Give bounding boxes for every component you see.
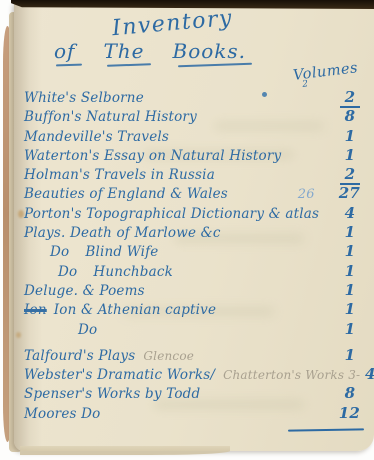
inventory-row: White's Selborne 2 bbox=[24, 88, 368, 107]
inventory-row: Webster's Dramatic Works/ Chatterton's W… bbox=[24, 365, 368, 384]
inventory-row: Mandeville's Travels 1 bbox=[24, 127, 368, 146]
title-word-books: Books. bbox=[173, 39, 247, 63]
inventory-row: Deluge. & Poems 1 bbox=[24, 281, 368, 300]
row-pencil-note: Glencoe bbox=[143, 349, 194, 363]
row-title: Talfourd's Plays bbox=[24, 348, 135, 364]
row-volumes: 8 bbox=[340, 107, 360, 125]
inventory-row: Waterton's Essay on Natural History 1 bbox=[24, 146, 368, 165]
inventory-row: Do 1 bbox=[24, 320, 368, 339]
row-extra-number: 26 bbox=[298, 187, 315, 202]
row-title: Beauties of England & Wales bbox=[24, 186, 228, 202]
row-title: Waterton's Essay on Natural History bbox=[24, 148, 281, 164]
row-pencil-note: Chatterton's Works 3- bbox=[223, 368, 360, 382]
row-volumes: 2 bbox=[340, 165, 360, 185]
inventory-list: White's Selborne 2 Buffon's Natural Hist… bbox=[24, 88, 368, 423]
inventory-row: Plays. Death of Marlowe &c 1 bbox=[24, 223, 368, 242]
notebook-page-scan: Inventory of The Books. Volumes 2 White'… bbox=[0, 0, 374, 460]
inventory-row: Do Hunchback 1 bbox=[24, 262, 368, 281]
row-volumes: 1 bbox=[340, 346, 360, 364]
row-title: Plays. Death of Marlowe &c bbox=[24, 225, 221, 241]
row-title: Ion & Athenian captive bbox=[54, 302, 216, 318]
inventory-row: Do Blind Wife 1 bbox=[24, 242, 368, 261]
row-volumes: 4 bbox=[360, 365, 374, 383]
row-volumes: 1 bbox=[340, 300, 360, 318]
row-volumes: 4 bbox=[340, 204, 360, 222]
row-volumes: 1 bbox=[340, 146, 360, 164]
row-title: Mandeville's Travels bbox=[24, 129, 169, 145]
volumes-column-header: Volumes 2 bbox=[292, 60, 359, 84]
row-volumes: 1 bbox=[340, 262, 360, 280]
row-title: Holman's Travels in Russia bbox=[24, 167, 215, 183]
row-volumes: 1 bbox=[340, 223, 360, 241]
page-title-line2: of The Books. bbox=[54, 39, 246, 63]
title-word-of: of bbox=[54, 39, 75, 63]
row-volumes: 8 bbox=[340, 384, 360, 402]
inventory-row: Spenser's Works by Todd 8 bbox=[24, 384, 368, 403]
row-volumes: 12 bbox=[339, 404, 360, 422]
row-volumes: 1 bbox=[340, 127, 360, 145]
row-volumes: 1 bbox=[340, 320, 360, 338]
row-title: Spenser's Works by Todd bbox=[24, 386, 200, 402]
page-bottom-edge bbox=[20, 446, 230, 455]
inventory-row: Porton's Topographical Dictionary & atla… bbox=[24, 204, 368, 223]
row-title: Moores Do bbox=[24, 406, 101, 422]
notebook-page: Inventory of The Books. Volumes 2 White'… bbox=[14, 2, 374, 451]
foxing-spot bbox=[16, 332, 21, 338]
row-ditto: Do bbox=[78, 322, 97, 338]
inventory-row: Buffon's Natural History 8 bbox=[24, 107, 368, 126]
inventory-row: Holman's Travels in Russia 2 bbox=[24, 165, 368, 184]
total-rule bbox=[288, 428, 364, 431]
page-title-line1: Inventory bbox=[111, 6, 234, 41]
row-volumes: 1 bbox=[340, 242, 360, 260]
inventory-row: Talfourd's Plays Glencoe 1 bbox=[24, 346, 368, 365]
title-word-the: The bbox=[103, 39, 144, 63]
row-title: Buffon's Natural History bbox=[24, 109, 197, 125]
row-struck-text: Ion bbox=[24, 302, 47, 318]
row-volumes: 2 bbox=[340, 88, 360, 108]
row-ditto: Do bbox=[50, 244, 69, 260]
row-title: Porton's Topographical Dictionary & atla… bbox=[24, 206, 319, 222]
inventory-row: Beauties of England & Wales 26 27 bbox=[24, 184, 368, 203]
row-title: Webster's Dramatic Works/ bbox=[24, 367, 215, 383]
row-title: White's Selborne bbox=[24, 90, 144, 106]
row-ditto: Do bbox=[58, 264, 77, 280]
row-title: Hunchback bbox=[93, 264, 173, 280]
row-title: Deluge. & Poems bbox=[24, 283, 145, 299]
inventory-row: Moores Do 12 bbox=[24, 404, 368, 423]
row-volumes: 27 bbox=[339, 184, 360, 202]
inventory-row: Ion Ion & Athenian captive 1 bbox=[24, 300, 368, 319]
row-volumes: 1 bbox=[340, 281, 360, 299]
row-title: Blind Wife bbox=[85, 244, 158, 260]
